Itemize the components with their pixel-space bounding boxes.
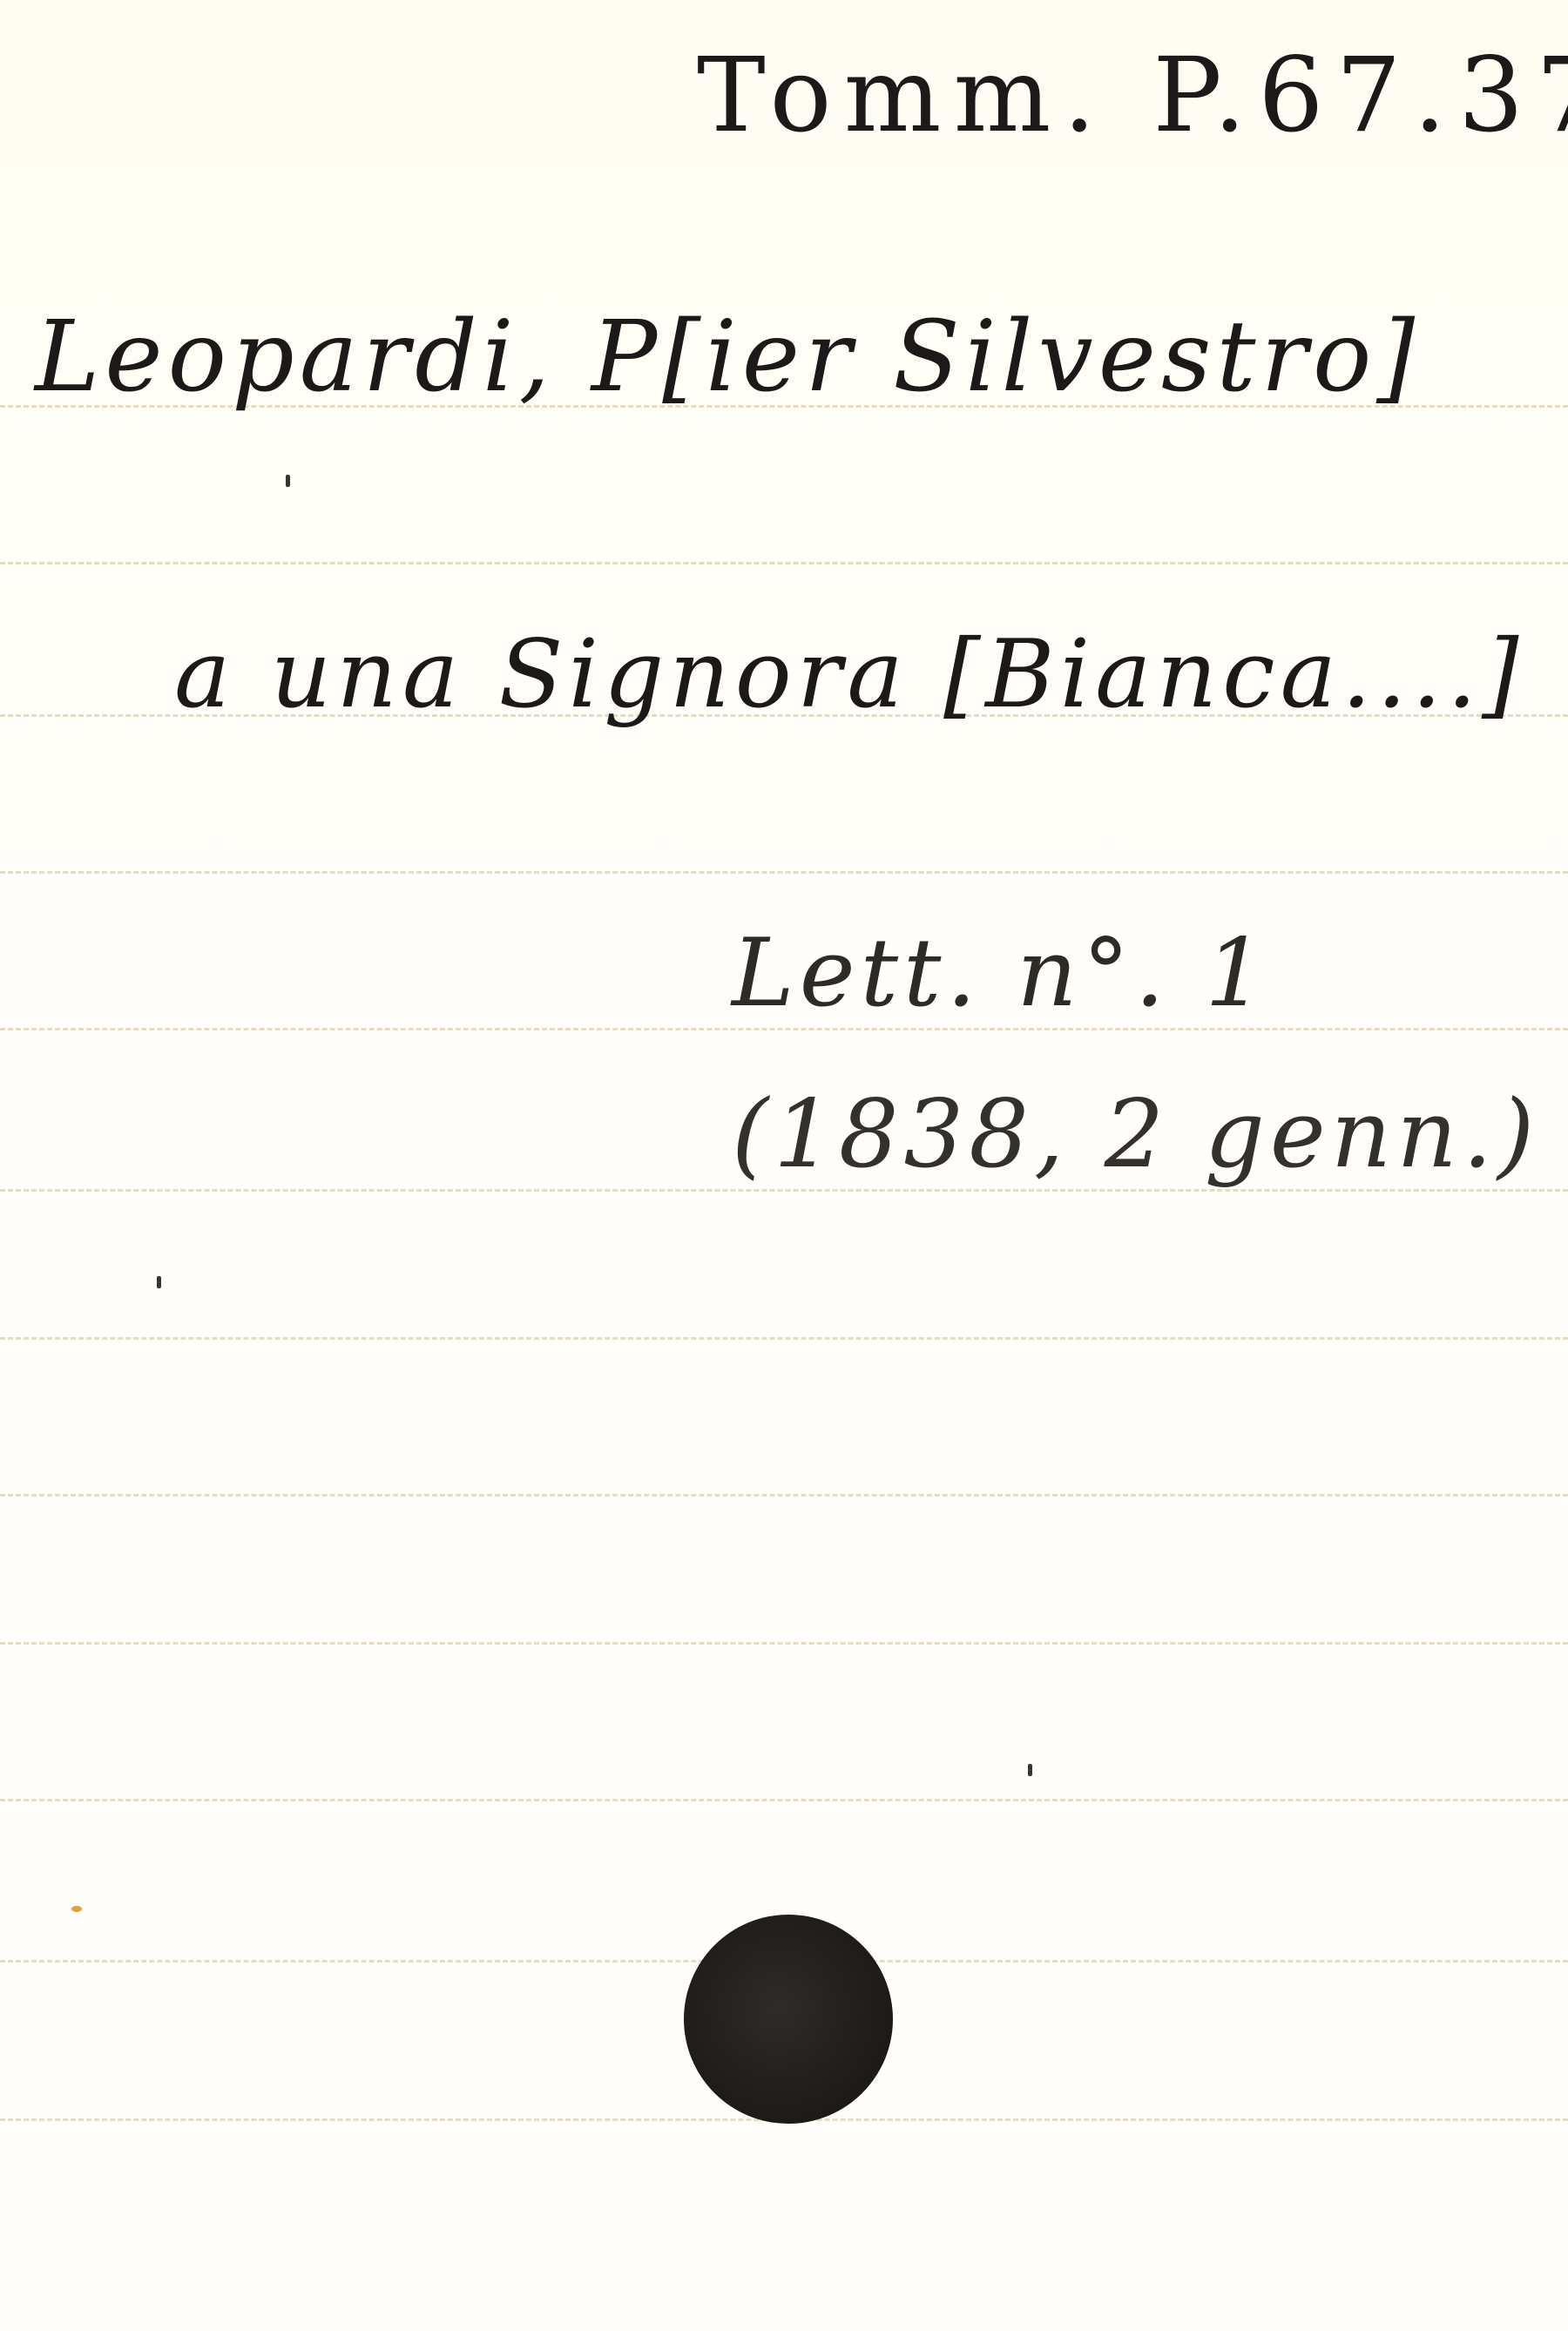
shelfmark: Tomm. P.67.37 [697,35,1568,155]
title-line: a una Signora [Bianca....] [174,620,1524,729]
paper-speck [71,1906,82,1912]
ruled-line [0,871,1568,874]
ink-mark [286,475,290,487]
author-heading: Leopardi, P[ier Silvestro] [35,301,1420,414]
ruled-line [0,1494,1568,1497]
punch-hole [684,1915,893,2124]
ruled-line [0,1189,1568,1192]
ink-mark [157,1276,161,1288]
ruled-line [0,1337,1568,1340]
ruled-line [0,1642,1568,1645]
ink-mark [1028,1764,1032,1776]
ruled-line [0,1028,1568,1030]
catalogue-card: Tomm. P.67.37 Leopardi, P[ier Silvestro]… [0,0,1568,2331]
ruled-line [0,562,1568,564]
ruled-line [0,1799,1568,1801]
letter-number: Lett. n°. 1 [732,919,1270,1028]
date-line: (1838, 2 genn.) [732,1080,1539,1189]
